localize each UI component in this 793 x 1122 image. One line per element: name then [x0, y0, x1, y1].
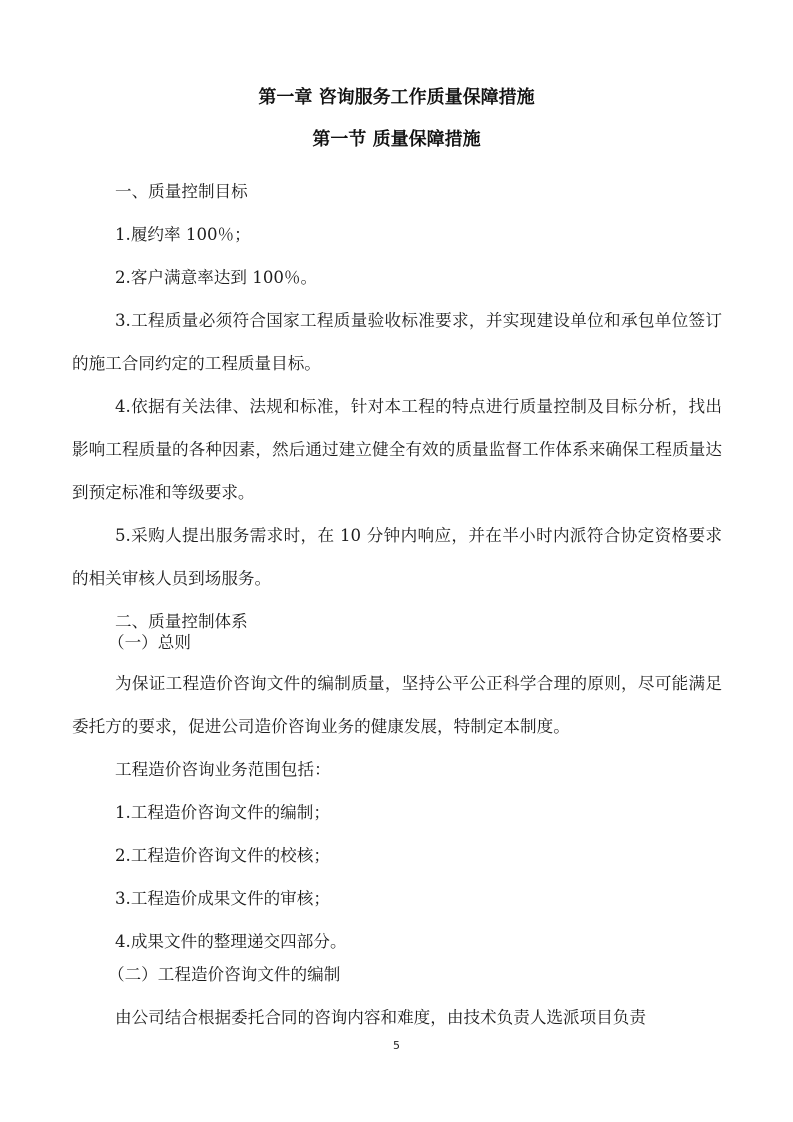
- goal-item-3: 3.工程质量必须符合国家工程质量验收标准要求，并实现建设单位和承包单位签订的施工…: [72, 299, 722, 385]
- goal-item-5: 5.采购人提出服务需求时，在 10 分钟内响应，并在半小时内派符合协定资格要求的…: [72, 514, 722, 600]
- general-paragraph: 为保证工程造价咨询文件的编制质量，坚持公平公正科学合理的原则，尽可能满足委托方的…: [72, 662, 722, 748]
- goal-item-2: 2.客户满意率达到 100％。: [72, 256, 722, 299]
- goal-item-1: 1.履约率 100％；: [72, 213, 722, 256]
- compilation-paragraph: 由公司结合根据委托合同的咨询内容和难度，由技术负责人选派项目负责: [72, 996, 722, 1039]
- scope-item-3: 3.工程造价成果文件的审核；: [72, 877, 722, 920]
- scope-item-2: 2.工程造价咨询文件的校核；: [72, 834, 722, 877]
- scope-item-1: 1.工程造价咨询文件的编制；: [72, 791, 722, 834]
- chapter-title: 第一章 咨询服务工作质量保障措施: [0, 86, 793, 110]
- subheading-general: （一）总则: [72, 631, 722, 662]
- section-title: 第一节 质量保障措施: [0, 128, 793, 152]
- subheading-compilation: （二）工程造价咨询文件的编制: [72, 963, 722, 996]
- scope-intro: 工程造价咨询业务范围包括：: [72, 748, 722, 791]
- goal-item-4: 4.依据有关法律、法规和标准，针对本工程的特点进行质量控制及目标分析，找出影响工…: [72, 385, 722, 514]
- document-body: 一、质量控制目标 1.履约率 100％； 2.客户满意率达到 100％。 3.工…: [72, 170, 722, 1039]
- scope-item-4: 4.成果文件的整理递交四部分。: [72, 920, 722, 963]
- page-number: 5: [0, 1039, 793, 1052]
- heading-quality-control-goals: 一、质量控制目标: [72, 170, 722, 213]
- document-page: 第一章 咨询服务工作质量保障措施 第一节 质量保障措施 一、质量控制目标 1.履…: [0, 0, 793, 1122]
